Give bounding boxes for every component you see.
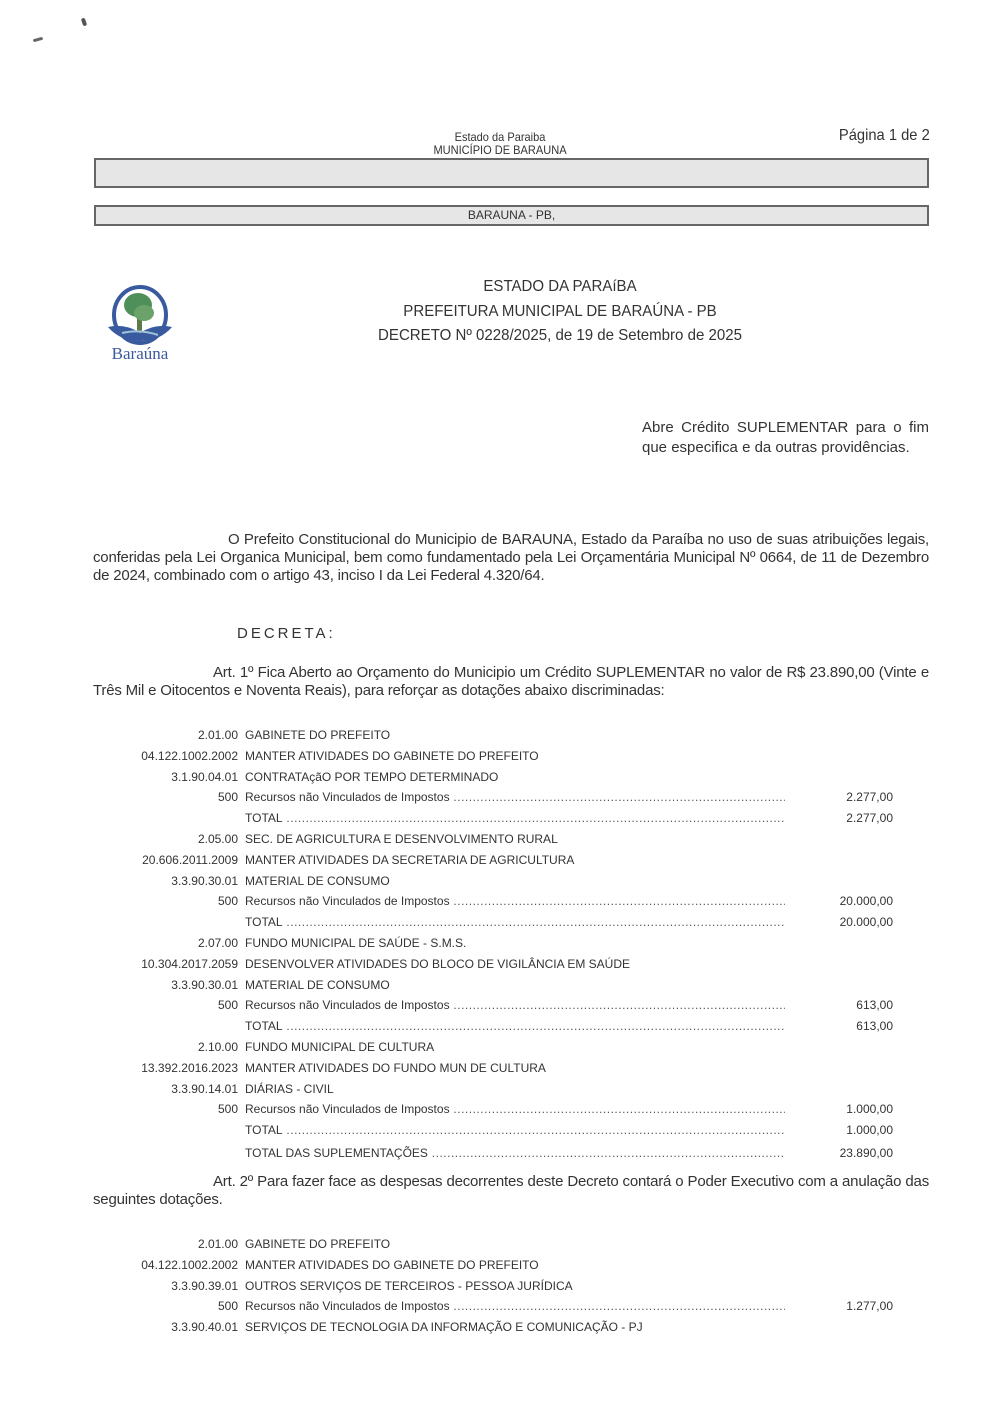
row-amount: 613,00 bbox=[856, 998, 893, 1012]
table-row: 3.3.90.14.01DIÁRIAS - CIVIL bbox=[0, 1082, 1000, 1100]
table-row: 500Recursos não Vinculados de Impostos1.… bbox=[0, 1102, 1000, 1120]
row-code: 2.01.00 bbox=[198, 728, 238, 742]
row-code: 3.3.90.30.01 bbox=[171, 978, 238, 992]
row-description: Recursos não Vinculados de Impostos bbox=[245, 1102, 785, 1116]
row-description: FUNDO MUNICIPAL DE SAÚDE - S.M.S. bbox=[245, 936, 466, 950]
row-amount: 1.277,00 bbox=[846, 1299, 893, 1313]
table-row: 20.606.2011.2009MANTER ATIVIDADES DA SEC… bbox=[0, 853, 1000, 871]
table-row: 500Recursos não Vinculados de Impostos61… bbox=[0, 998, 1000, 1016]
row-description: DESENVOLVER ATIVIDADES DO BLOCO DE VIGIL… bbox=[245, 957, 630, 971]
preamble: O Prefeito Constitucional do Municipio d… bbox=[93, 531, 929, 585]
table-row: 13.392.2016.2023MANTER ATIVIDADES DO FUN… bbox=[0, 1061, 1000, 1079]
row-amount: 613,00 bbox=[856, 1019, 893, 1033]
row-code: 500 bbox=[218, 1299, 238, 1313]
table-row: 3.3.90.30.01MATERIAL DE CONSUMO bbox=[0, 978, 1000, 996]
row-description: MANTER ATIVIDADES DA SECRETARIA DE AGRIC… bbox=[245, 853, 574, 867]
table-row: 500Recursos não Vinculados de Impostos1.… bbox=[0, 1299, 1000, 1317]
row-description: GABINETE DO PREFEITO bbox=[245, 1237, 390, 1251]
row-description: TOTAL bbox=[245, 811, 785, 825]
table-row: TOTAL20.000,00 bbox=[0, 915, 1000, 933]
row-code: 3.1.90.04.01 bbox=[171, 770, 238, 784]
row-amount: 2.277,00 bbox=[846, 790, 893, 804]
decree-number: DECRETO Nº 0228/2025, de 19 de Setembro … bbox=[316, 327, 805, 345]
row-description: SERVIÇOS DE TECNOLOGIA DA INFORMAÇÃO E C… bbox=[245, 1320, 643, 1334]
article-1: Art. 1º Fica Aberto ao Orçamento do Muni… bbox=[93, 664, 929, 700]
row-description: Recursos não Vinculados de Impostos bbox=[245, 998, 785, 1012]
row-description: MATERIAL DE CONSUMO bbox=[245, 874, 390, 888]
row-description: MANTER ATIVIDADES DO GABINETE DO PREFEIT… bbox=[245, 1258, 539, 1272]
title-prefeitura: PREFEITURA MUNICIPAL DE BARAÚNA - PB bbox=[316, 303, 805, 321]
table-row: TOTAL2.277,00 bbox=[0, 811, 1000, 829]
row-description: MANTER ATIVIDADES DO GABINETE DO PREFEIT… bbox=[245, 749, 539, 763]
location-bar: BARAUNA - PB, bbox=[94, 205, 929, 226]
table-row: 3.3.90.30.01MATERIAL DE CONSUMO bbox=[0, 874, 1000, 892]
row-description: Recursos não Vinculados de Impostos bbox=[245, 790, 785, 804]
row-code: 500 bbox=[218, 1102, 238, 1116]
row-code: 2.10.00 bbox=[198, 1040, 238, 1054]
row-description: GABINETE DO PREFEITO bbox=[245, 728, 390, 742]
row-code: 20.606.2011.2009 bbox=[142, 853, 238, 867]
table-row: 10.304.2017.2059DESENVOLVER ATIVIDADES D… bbox=[0, 957, 1000, 975]
row-amount: 23.890,00 bbox=[840, 1146, 893, 1160]
scan-speck bbox=[81, 18, 87, 27]
row-amount: 20.000,00 bbox=[840, 915, 893, 929]
table-row: 500Recursos não Vinculados de Impostos20… bbox=[0, 894, 1000, 912]
report-header: Estado da Paraiba MUNICÍPIO DE BARAUNA bbox=[344, 131, 657, 157]
row-description: TOTAL DAS SUPLEMENTAÇÕES bbox=[245, 1146, 785, 1160]
table-row: 3.3.90.40.01SERVIÇOS DE TECNOLOGIA DA IN… bbox=[0, 1320, 1000, 1338]
row-code: 13.392.2016.2023 bbox=[141, 1061, 238, 1075]
row-code: 04.122.1002.2002 bbox=[141, 1258, 238, 1272]
row-description: MATERIAL DE CONSUMO bbox=[245, 978, 390, 992]
row-description: TOTAL bbox=[245, 1019, 785, 1033]
row-code: 3.3.90.40.01 bbox=[171, 1320, 238, 1334]
row-description: SEC. DE AGRICULTURA E DESENVOLVIMENTO RU… bbox=[245, 832, 558, 846]
table-row: 2.01.00GABINETE DO PREFEITO bbox=[0, 1237, 1000, 1255]
row-code: 10.304.2017.2059 bbox=[141, 957, 238, 971]
row-code: 04.122.1002.2002 bbox=[141, 749, 238, 763]
row-amount: 1.000,00 bbox=[846, 1123, 893, 1137]
table-row: 3.1.90.04.01CONTRATAçãO POR TEMPO DETERM… bbox=[0, 770, 1000, 788]
table-row: 2.05.00SEC. DE AGRICULTURA E DESENVOLVIM… bbox=[0, 832, 1000, 850]
row-description: TOTAL bbox=[245, 915, 785, 929]
row-code: 500 bbox=[218, 790, 238, 804]
table-row: 500Recursos não Vinculados de Impostos2.… bbox=[0, 790, 1000, 808]
row-code: 3.3.90.39.01 bbox=[171, 1279, 238, 1293]
row-description: DIÁRIAS - CIVIL bbox=[245, 1082, 334, 1096]
row-code: 500 bbox=[218, 894, 238, 908]
scan-speck bbox=[33, 37, 43, 42]
table-row: 04.122.1002.2002MANTER ATIVIDADES DO GAB… bbox=[0, 1258, 1000, 1276]
page-indicator: Página 1 de 2 bbox=[839, 127, 930, 145]
row-description: TOTAL bbox=[245, 1123, 785, 1137]
row-description: FUNDO MUNICIPAL DE CULTURA bbox=[245, 1040, 434, 1054]
row-code: 2.01.00 bbox=[198, 1237, 238, 1251]
header-municipality: MUNICÍPIO DE BARAUNA bbox=[344, 144, 657, 157]
row-code: 3.3.90.14.01 bbox=[171, 1082, 238, 1096]
ementa: Abre Crédito SUPLEMENTAR para o fim que … bbox=[642, 418, 929, 458]
row-description: CONTRATAçãO POR TEMPO DETERMINADO bbox=[245, 770, 498, 784]
header-banner-box bbox=[94, 158, 929, 188]
table-row: 04.122.1002.2002MANTER ATIVIDADES DO GAB… bbox=[0, 749, 1000, 767]
row-amount: 1.000,00 bbox=[846, 1102, 893, 1116]
row-amount: 20.000,00 bbox=[840, 894, 893, 908]
title-state: ESTADO DA PARAíBA bbox=[316, 278, 805, 296]
row-code: 3.3.90.30.01 bbox=[171, 874, 238, 888]
table-row: 2.01.00GABINETE DO PREFEITO bbox=[0, 728, 1000, 746]
row-description: MANTER ATIVIDADES DO FUNDO MUN DE CULTUR… bbox=[245, 1061, 546, 1075]
table-row: 3.3.90.39.01OUTROS SERVIÇOS DE TERCEIROS… bbox=[0, 1279, 1000, 1297]
logo-text: Baraúna bbox=[100, 344, 180, 364]
table-row: 2.07.00FUNDO MUNICIPAL DE SAÚDE - S.M.S. bbox=[0, 936, 1000, 954]
table-row: 2.10.00FUNDO MUNICIPAL DE CULTURA bbox=[0, 1040, 1000, 1058]
row-code: 2.05.00 bbox=[198, 832, 238, 846]
article-2: Art. 2º Para fazer face as despesas deco… bbox=[93, 1173, 929, 1209]
row-amount: 2.277,00 bbox=[846, 811, 893, 825]
table-row: TOTAL1.000,00 bbox=[0, 1123, 1000, 1141]
row-description: OUTROS SERVIÇOS DE TERCEIROS - PESSOA JU… bbox=[245, 1279, 573, 1293]
decreta-heading: DECRETA: bbox=[237, 625, 336, 642]
table-row: TOTAL DAS SUPLEMENTAÇÕES23.890,00 bbox=[0, 1146, 1000, 1164]
row-code: 500 bbox=[218, 998, 238, 1012]
row-description: Recursos não Vinculados de Impostos bbox=[245, 894, 785, 908]
row-code: 2.07.00 bbox=[198, 936, 238, 950]
table-row: TOTAL613,00 bbox=[0, 1019, 1000, 1037]
row-description: Recursos não Vinculados de Impostos bbox=[245, 1299, 785, 1313]
